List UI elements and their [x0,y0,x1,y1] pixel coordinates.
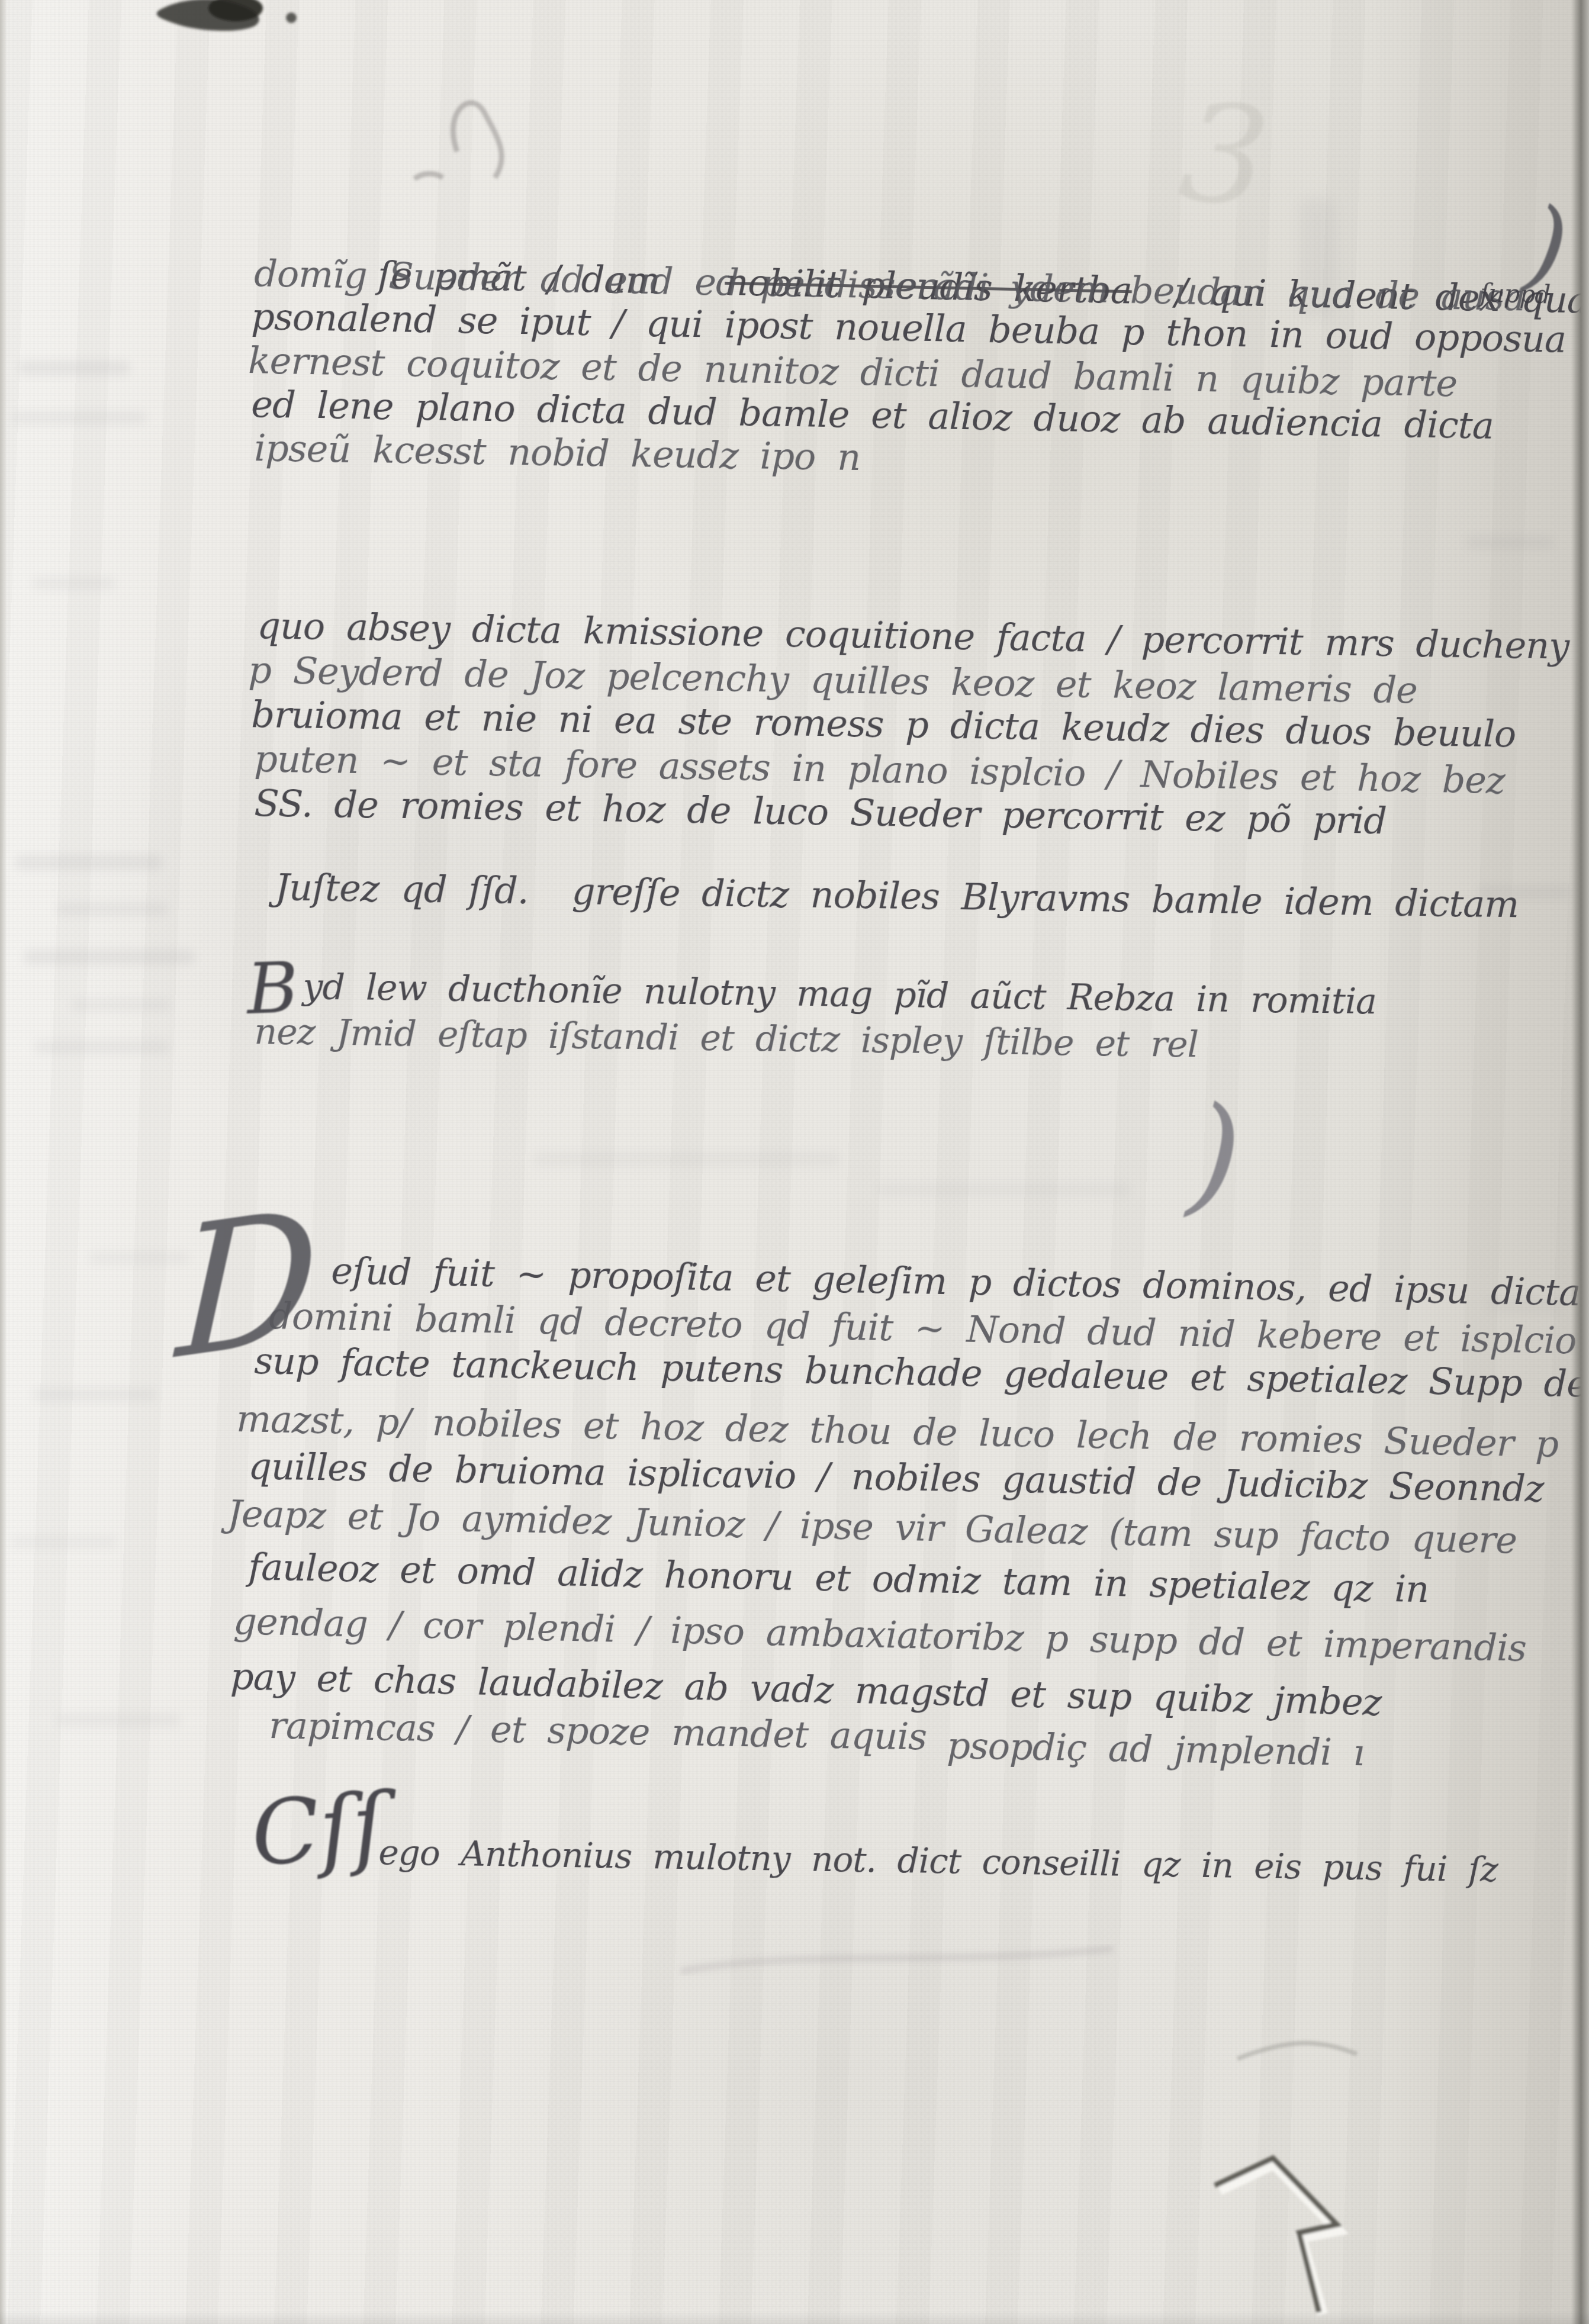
bleedthrough-smudge [15,855,163,870]
margin-flourish: ) [1185,1087,1245,1221]
bleedthrough-smudge [18,361,130,375]
bleedthrough-smudge [34,1041,171,1054]
ink-blot [157,0,297,31]
pen-flourish-mark [414,103,501,179]
bleedthrough-smudge [876,1183,1131,1197]
page-edge-right [1571,0,1589,2324]
manuscript-line: psopdiç ad jmplendi ı [947,1724,1365,1774]
bleedthrough-smudge [533,1151,841,1167]
paper-crease [1215,2043,1357,2315]
manuscript-line: ego Anthonius mulotny not. dict conseill… [378,1832,1498,1890]
bleedthrough-smudge [11,411,147,424]
bleedthrough-smudge [56,903,169,916]
bleedthrough-smudge [89,1252,189,1264]
initial-capital: Cſſ [249,1781,388,1879]
bleedthrough-smudge [33,1388,157,1401]
manuscript-line: Juſtez qd ſſd. greſſe dictz nobiles Blyr… [275,865,1519,926]
manuscript-line: ipseũ kcesst nobid keudz ipo n [254,426,861,479]
folio-number: 3 [1173,73,1275,239]
bleedthrough-line [681,1949,1113,1971]
page-edge-bottom [0,2311,1589,2324]
manuscript-line: rapimcas / et spoze mandet aquis [269,1704,927,1758]
manuscript-page: 3 ſe pmãt / dam nobilit pleudĩs kertba /… [0,0,1589,2324]
bleedthrough-smudge [1465,536,1554,549]
bleedthrough-smudge [33,577,115,589]
bleedthrough-smudge [11,1536,117,1548]
bleedthrough-smudge [24,950,195,964]
bleedthrough-smudge [71,999,172,1011]
manuscript-line: nez Jmid eſtap iſstandi et dictz ispley … [254,1011,1198,1066]
bleedthrough-smudge [56,1714,181,1727]
page-edge-left [0,0,7,2324]
